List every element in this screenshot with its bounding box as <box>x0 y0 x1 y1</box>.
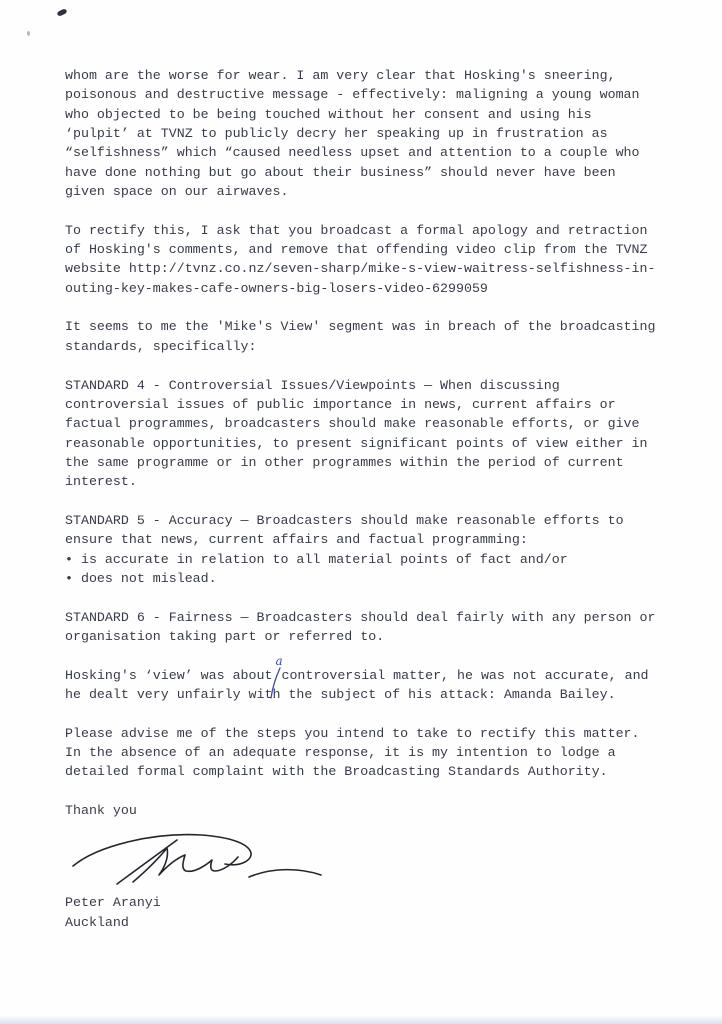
signature <box>65 828 667 890</box>
handwritten-insertion: a <box>272 669 281 679</box>
letter-body: whom are the worse for wear. I am very c… <box>65 66 667 951</box>
scan-bottom-edge <box>0 1015 722 1024</box>
scan-speck <box>27 31 30 36</box>
handwritten-signature-icon <box>67 830 327 888</box>
letter-paragraph-standard-5: STANDARD 5 - Accuracy — Broadcasters sho… <box>65 511 667 588</box>
letter-paragraph-3: It seems to me the 'Mike's View' segment… <box>65 317 667 356</box>
letter-paragraph-standard-6: STANDARD 6 - Fairness — Broadcasters sho… <box>65 608 667 647</box>
letter-paragraph-7: Hosking's ‘view’ was aboutacontroversial… <box>65 666 667 705</box>
letter-paragraph-8: Please advise me of the steps you intend… <box>65 724 667 782</box>
handwritten-letter-a: a <box>275 654 282 668</box>
letter-paragraph-2: To rectify this, I ask that you broadcas… <box>65 221 667 298</box>
letter-closing: Thank you <box>65 801 667 820</box>
insertion-caret-icon <box>268 665 282 701</box>
letter-paragraph-1: whom are the worse for wear. I am very c… <box>65 66 667 201</box>
sender-block: Peter Aranyi Auckland <box>65 893 667 932</box>
scanned-letter-page: whom are the worse for wear. I am very c… <box>0 0 722 1024</box>
scan-speck <box>56 8 67 17</box>
letter-paragraph-standard-4: STANDARD 4 - Controversial Issues/Viewpo… <box>65 376 667 492</box>
insertion-before-text: Hosking's ‘view’ was about <box>65 668 272 683</box>
